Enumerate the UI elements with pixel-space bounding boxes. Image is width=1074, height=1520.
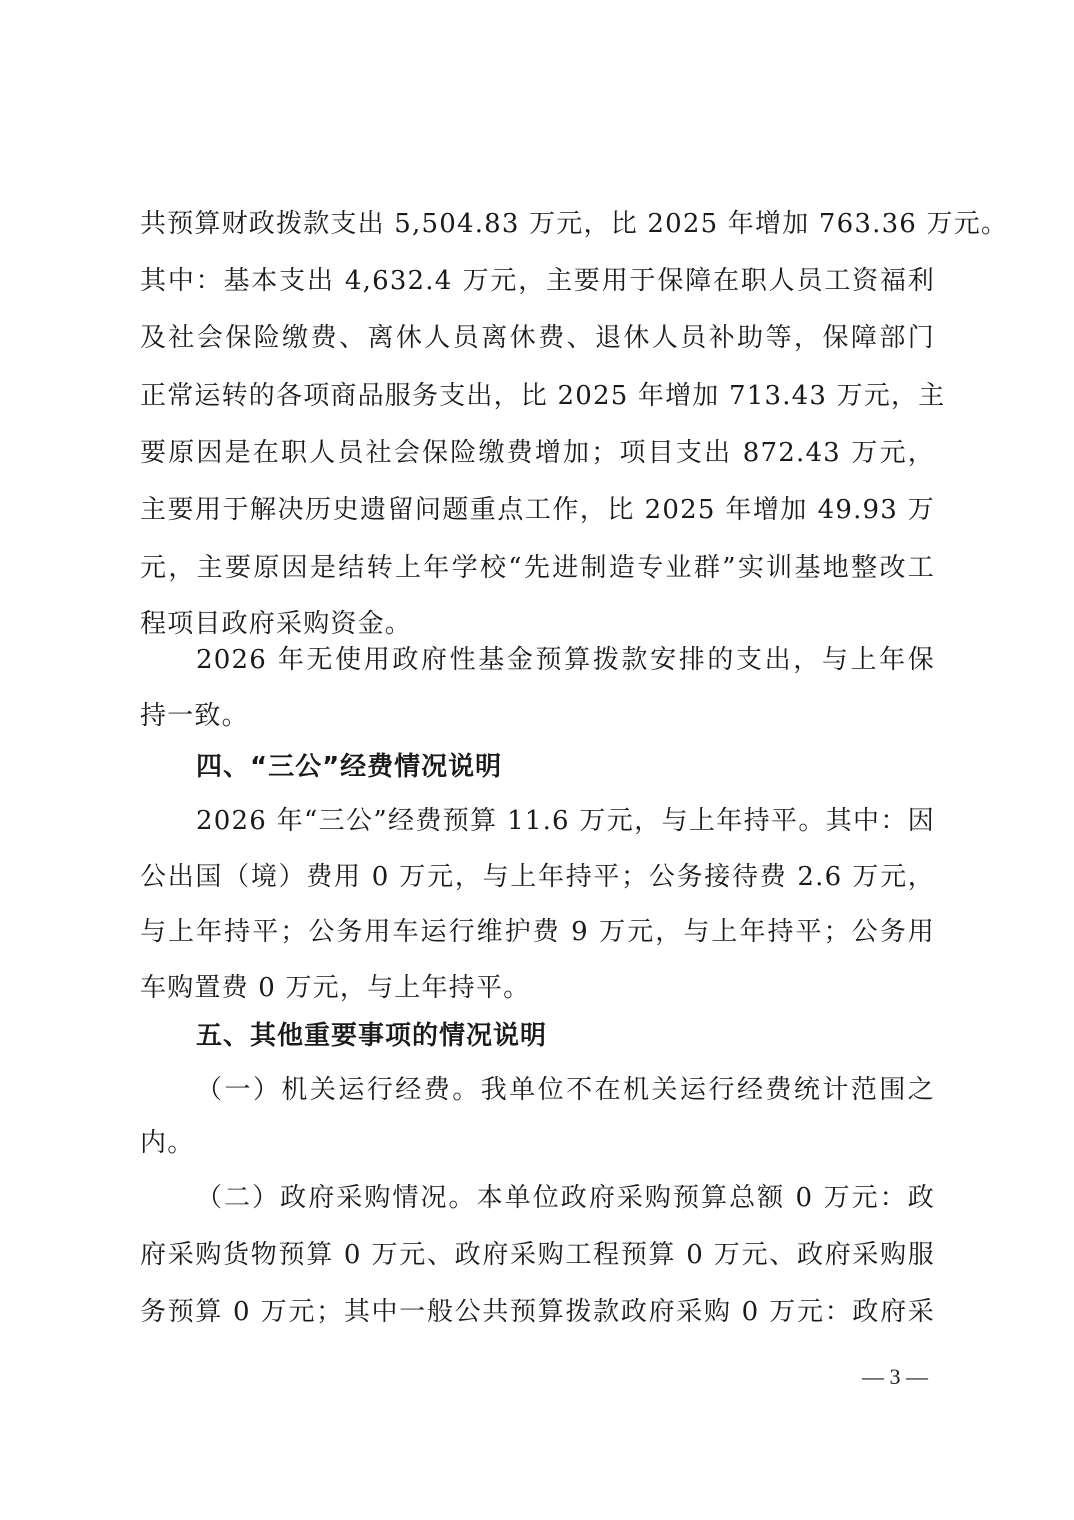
body-line-8: 程项目政府采购资金。 [140,606,935,642]
fund-paragraph-line-2: 持一致。 [140,698,935,734]
body-line-2: 其中：基本支出 4,632.4 万元，主要用于保障在职人员工资福利 [140,263,935,299]
document-page: 共预算财政拨款支出 5,504.83 万元，比 2025 年增加 763.36 … [0,0,1074,1520]
page-number: — 3 — [862,1362,928,1392]
operating-expense-line-2: 内。 [140,1125,935,1161]
body-line-3: 及社会保险缴费、离休人员离休费、退休人员补助等，保障部门 [140,320,935,356]
body-line-5: 要原因是在职人员社会保险缴费增加；项目支出 872.43 万元， [140,435,935,471]
body-line-6: 主要用于解决历史遗留问题重点工作，比 2025 年增加 49.93 万 [140,492,935,528]
body-line-1: 共预算财政拨款支出 5,504.83 万元，比 2025 年增加 763.36 … [140,206,935,242]
body-line-7: 元，主要原因是结转上年学校“先进制造专业群”实训基地整改工 [140,550,935,586]
procurement-line-3: 务预算 0 万元；其中一般公共预算拨款政府采购 0 万元：政府采 [140,1294,935,1330]
fund-paragraph-line-1: 2026 年无使用政府性基金预算拨款安排的支出，与上年保 [196,642,935,678]
three-public-line-2: 公出国（境）费用 0 万元，与上年持平；公务接待费 2.6 万元， [140,859,935,895]
body-line-4: 正常运转的各项商品服务支出，比 2025 年增加 713.43 万元，主 [140,378,935,414]
procurement-line-1: （二）政府采购情况。本单位政府采购预算总额 0 万元：政 [196,1180,935,1216]
three-public-line-3: 与上年持平；公务用车运行维护费 9 万元，与上年持平；公务用 [140,914,935,950]
three-public-line-1: 2026 年“三公”经费预算 11.6 万元，与上年持平。其中：因 [196,803,935,839]
section-heading-other-matters: 五、其他重要事项的情况说明 [196,1018,547,1054]
procurement-line-2: 府采购货物预算 0 万元、政府采购工程预算 0 万元、政府采购服 [140,1237,935,1273]
operating-expense-line-1: （一）机关运行经费。我单位不在机关运行经费统计范围之 [196,1072,935,1108]
three-public-line-4: 车购置费 0 万元，与上年持平。 [140,970,935,1006]
section-heading-three-public: 四、“三公”经费情况说明 [196,749,502,785]
